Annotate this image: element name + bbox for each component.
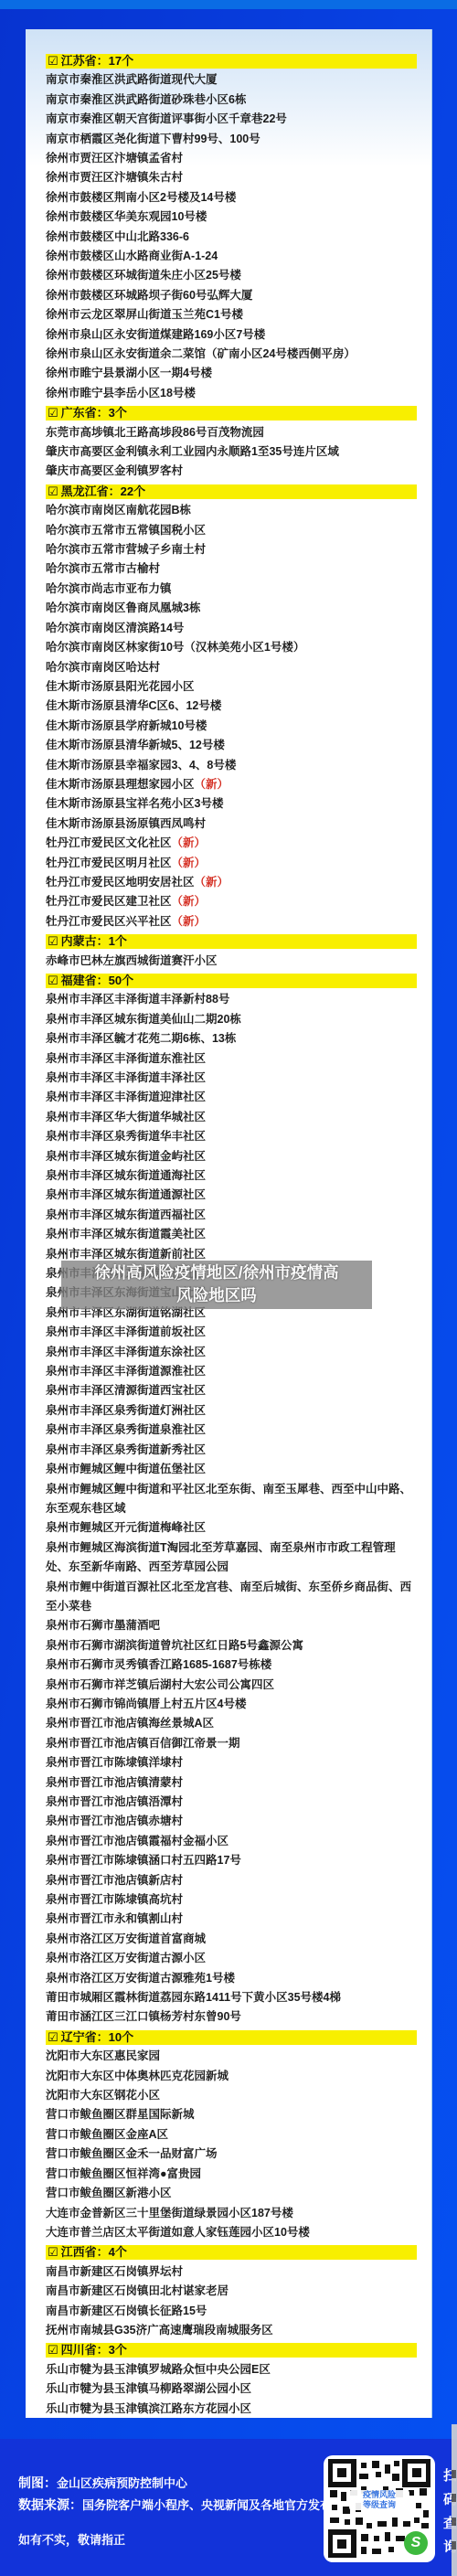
area-row: 泉州市洛江区万安街道古源小区: [46, 1949, 417, 1968]
area-row: 佳木斯市汤原县清华C区6、12号楼: [46, 697, 417, 716]
watermark: 徐州高风险疫情地区/徐州市疫情高 风险地区吗: [61, 1261, 372, 1309]
area-row: 泉州市鲤中街道百源社区北至龙宫巷、南至后城街、东至侨乡商品街、西至小菜巷: [46, 1578, 417, 1617]
area-row: 泉州市丰泽区泉秀街道泉淮社区: [46, 1421, 417, 1440]
checkbox-icon: ☑: [48, 406, 58, 420]
province-header: ☑辽宁省：10个: [46, 2030, 417, 2045]
area-row: 泉州市石狮市祥芝镇后湖村大宏公司公寓四区: [46, 1676, 417, 1695]
area-row: 哈尔滨市南岗区清滨路14号: [46, 619, 417, 638]
area-row: 泉州市丰泽区城东街道西福社区: [46, 1206, 417, 1225]
area-row: 徐州市睢宁县李岳小区18号楼: [46, 384, 417, 403]
area-row: 南京市秦淮区洪武路街道现代大厦: [46, 70, 417, 90]
qr-caption: 疫情风险 等级查询: [349, 2490, 409, 2510]
area-row: 徐州市贾汪区汴塘镇孟省村: [46, 149, 417, 168]
area-row: 徐州市鼓楼区华美东观园10号楼: [46, 208, 417, 227]
area-row: 泉州市石狮市墨蒲酒吧: [46, 1616, 417, 1635]
checkbox-icon: ☑: [48, 974, 58, 988]
area-row: 赤峰市巴林左旗西城街道赛汗小区: [46, 952, 417, 971]
area-row: 泉州市晋江市陈埭镇高坑村: [46, 1890, 417, 1910]
new-tag: （新）: [172, 857, 207, 869]
area-row: 牡丹江市爱民区建卫社区（新）: [46, 892, 417, 911]
area-row: 徐州市鼓楼区荆南小区2号楼及14号楼: [46, 188, 417, 208]
area-row: 佳木斯市汤原县汤原镇西凤鸣村: [46, 814, 417, 834]
province-header: ☑江苏省：17个: [46, 54, 417, 69]
area-row: 泉州市丰泽区丰泽街道前坂社区: [46, 1323, 417, 1342]
right-edge-cropped-strip: [452, 2424, 457, 2576]
risk-list: ☑江苏省：17个南京市秦淮区洪武路街道现代大厦南京市秦淮区洪武路街道砂珠巷小区6…: [46, 54, 417, 2419]
area-row: 佳木斯市汤原县理想家园小区（新）: [46, 775, 417, 794]
area-row: 哈尔滨市五常市古榆村: [46, 559, 417, 579]
new-tag: （新）: [172, 915, 207, 928]
area-row: 泉州市丰泽区城东街道通源社区: [46, 1186, 417, 1205]
area-row: 泉州市丰泽区清源街道西宝社区: [46, 1381, 417, 1400]
area-row: 牡丹江市爱民区地明安居社区（新）: [46, 873, 417, 892]
area-row: 泉州市鲤城区开元街道梅峰社区: [46, 1518, 417, 1538]
area-row: 泉州市丰泽区城东街道金屿社区: [46, 1147, 417, 1166]
area-row: 泉州市石狮市湖滨街道曾坑社区红日路5号鑫源公寓: [46, 1636, 417, 1655]
area-row: 沈阳市大东区钢花小区: [46, 2086, 417, 2105]
checkbox-icon: ☑: [48, 2030, 58, 2045]
area-row: 佳木斯市汤原县阳光花园小区: [46, 677, 417, 697]
footer-source-line: 数据来源：国务院客户端小程序、央视新闻及各地官方发布: [18, 2496, 332, 2514]
area-row: 泉州市晋江市池店镇新店村: [46, 1871, 417, 1890]
area-row: 牡丹江市爱民区明月社区（新）: [46, 854, 417, 873]
area-row: 徐州市睢宁县景湖小区一期4号楼: [46, 364, 417, 383]
area-row: 泉州市晋江市永和镇割山村: [46, 1910, 417, 1929]
area-row: 泉州市晋江市陈埭镇洋埭村: [46, 1753, 417, 1772]
area-row: 营口市鲅鱼圈区金禾一品财富广场: [46, 2145, 417, 2164]
area-row: 乐山市犍为县玉津镇滨江路东方花园小区: [46, 2400, 417, 2419]
area-row: 乐山市犍为县玉津镇马柳路翠湖公园小区: [46, 2379, 417, 2399]
area-row: 大连市金普新区三十里堡街道绿景园小区187号楼: [46, 2204, 417, 2223]
area-row: 哈尔滨市南岗区林家街10号（汉林美苑小区1号楼）: [46, 638, 417, 657]
area-row: 泉州市丰泽区泉秀街道华丰社区: [46, 1127, 417, 1146]
area-row: 泉州市丰泽区丰泽街道源淮社区: [46, 1362, 417, 1381]
area-row: 沈阳市大东区中体奥林匹克花园新城: [46, 2067, 417, 2086]
area-row: 泉州市鲤城区鲤中街道和平社区北至东街、南至玉犀巷、西至中山中路、东至观东巷区域: [46, 1480, 417, 1519]
area-row: 泉州市丰泽区丰泽街道丰泽社区: [46, 1069, 417, 1088]
area-row: 徐州市鼓楼区中山北路336-6: [46, 228, 417, 247]
footer-maker-line: 制图：金山区疾病预防控制中心: [18, 2474, 187, 2492]
checkbox-icon: ☑: [48, 934, 58, 949]
province-header: ☑内蒙古：1个: [46, 934, 417, 949]
qr-card: 疫情风险 等级查询 S: [324, 2455, 435, 2562]
area-row: 泉州市丰泽区丰泽街道东淮社区: [46, 1049, 417, 1069]
area-row: 南昌市新建区石岗镇田北村谌家老居: [46, 2282, 417, 2301]
area-row: 佳木斯市汤原县清华新城5、12号楼: [46, 736, 417, 755]
area-row: 营口市鲅鱼圈区恒祥湾●富贵园: [46, 2165, 417, 2184]
area-row: 泉州市鲤城区鲤中街道伍堡社区: [46, 1460, 417, 1479]
risk-area-list-card: ☑江苏省：17个南京市秦淮区洪武路街道现代大厦南京市秦淮区洪武路街道砂珠巷小区6…: [26, 29, 432, 2418]
area-row: 泉州市晋江市陈埭镇涵口村五四路17号: [46, 1851, 417, 1870]
area-row: 泉州市丰泽区华大街道华城社区: [46, 1108, 417, 1127]
area-row: 泉州市洛江区万安街道古源雅苑1号楼: [46, 1969, 417, 1988]
province-header: ☑黑龙江省：22个: [46, 484, 417, 499]
area-row: 莆田市涵江区三江口镇杨芳村东曾90号: [46, 2007, 417, 2027]
area-row: 泉州市丰泽区丰泽街道丰泽新村88号: [46, 990, 417, 1009]
area-row: 营口市鲅鱼圈区新港小区: [46, 2184, 417, 2203]
area-row: 牡丹江市爱民区兴平社区（新）: [46, 912, 417, 931]
source-label: 数据来源：: [18, 2497, 82, 2512]
top-light-blue-strip: [0, 0, 457, 9]
area-row: 东莞市高埗镇北王路高埗段86号百茂物流园: [46, 423, 417, 442]
area-row: 哈尔滨市尚志市亚布力镇: [46, 580, 417, 599]
new-tag: （新）: [195, 876, 229, 889]
province-header: ☑四川省：3个: [46, 2343, 417, 2358]
area-row: 南京市栖霞区尧化街道下曹村99号、100号: [46, 130, 417, 149]
area-row: 徐州市贾汪区汴塘镇朱古村: [46, 168, 417, 187]
area-row: 哈尔滨市南岗区鲁商凤凰城3栋: [46, 599, 417, 618]
province-header: ☑江西省：4个: [46, 2245, 417, 2260]
area-row: 肇庆市高要区金利镇永利工业园内永顺路1至35号连片区域: [46, 442, 417, 462]
qr-caption-line2: 等级查询: [349, 2500, 409, 2510]
area-row: 泉州市丰泽区城东街道美仙山二期20栋: [46, 1010, 417, 1029]
area-row: 泉州市晋江市池店镇海丝景城A区: [46, 1714, 417, 1733]
area-row: 泉州市晋江市池店镇百信御江帝景一期: [46, 1734, 417, 1753]
area-row: 泉州市丰泽区丰泽街道东涂社区: [46, 1343, 417, 1362]
new-tag: （新）: [172, 836, 207, 849]
area-row: 泉州市丰泽区丰泽街道迎津社区: [46, 1088, 417, 1107]
area-row: 泉州市晋江市池店镇赤塘村: [46, 1812, 417, 1831]
area-row: 牡丹江市爱民区文化社区（新）: [46, 834, 417, 853]
area-row: 莆田市城厢区霞林街道荔园东路1411号下黄小区35号楼4梯: [46, 1988, 417, 2007]
area-row: 肇庆市高要区金利镇罗客村: [46, 462, 417, 481]
area-row: 泉州市鲤城区海滨街道T淘园北至芳草嘉园、南至泉州市市政工程管理处、东至新华南路、…: [46, 1538, 417, 1578]
checkbox-icon: ☑: [48, 484, 58, 499]
footer-note: 如有不实，敬请指正: [18, 2530, 125, 2548]
area-row: 哈尔滨市五常市五常镇国税小区: [46, 521, 417, 540]
checkbox-icon: ☑: [48, 54, 58, 69]
area-row: 徐州市泉山区永安街道煤建路169小区7号楼: [46, 325, 417, 345]
area-row: 哈尔滨市五常市营城子乡南土村: [46, 540, 417, 559]
area-row: 南昌市新建区石岗镇长征路15号: [46, 2302, 417, 2321]
area-row: 抚州市南城县G35济广高速鹰瑞段南城服务区: [46, 2321, 417, 2340]
area-row: 南京市秦淮区洪武路街道砂珠巷小区6栋: [46, 90, 417, 110]
footer: 制图：金山区疾病预防控制中心 数据来源：国务院客户端小程序、央视新闻及各地官方发…: [0, 2439, 457, 2576]
province-header: ☑福建省：50个: [46, 974, 417, 988]
area-row: 泉州市晋江市池店镇霞福村金福小区: [46, 1832, 417, 1851]
area-row: 沈阳市大东区惠民家园: [46, 2047, 417, 2066]
area-row: 泉州市洛江区万安街道首富商城: [46, 1930, 417, 1949]
area-row: 南京市秦淮区朝天宫街道评事街小区千章巷22号: [46, 110, 417, 129]
area-row: 徐州市云龙区翠屏山街道玉兰苑C1号楼: [46, 305, 417, 325]
area-row: 泉州市丰泽区毓才花苑二期6栋、13栋: [46, 1029, 417, 1048]
area-row: 营口市鲅鱼圈区群星国际新城: [46, 2105, 417, 2124]
area-row: 泉州市晋江市池店镇浯潭村: [46, 1793, 417, 1812]
wechat-badge-icon: S: [404, 2531, 428, 2555]
new-tag: （新）: [172, 895, 207, 908]
area-row: 哈尔滨市南岗区南航花园B栋: [46, 501, 417, 520]
area-row: 泉州市丰泽区城东街道通海社区: [46, 1166, 417, 1186]
checkbox-icon: ☑: [48, 2245, 58, 2260]
area-row: 徐州市鼓楼区山水路商业街A-1-24: [46, 247, 417, 266]
area-row: 佳木斯市汤原县学府新城10号楼: [46, 717, 417, 736]
area-row: 泉州市丰泽区泉秀街道新秀社区: [46, 1441, 417, 1460]
screenshot-root: { "ui": { "checkbox_glyph": "☑", "new_su…: [0, 0, 457, 2576]
area-row: 南昌市新建区石岗镇界坛村: [46, 2262, 417, 2282]
maker-value: 金山区疾病预防控制中心: [57, 2476, 187, 2490]
watermark-line2: 风险地区吗: [61, 1284, 372, 1307]
area-row: 佳木斯市汤原县幸福家园3、4、8号楼: [46, 756, 417, 775]
area-row: 乐山市犍为县玉津镇罗城路众恒中央公园E区: [46, 2360, 417, 2379]
area-row: 泉州市晋江市池店镇清蒙村: [46, 1773, 417, 1793]
checkbox-icon: ☑: [48, 2343, 58, 2358]
province-header: ☑广东省：3个: [46, 406, 417, 420]
new-tag: （新）: [195, 778, 229, 791]
source-value: 国务院客户端小程序、央视新闻及各地官方发布: [82, 2498, 332, 2512]
area-row: 泉州市石狮市灵秀镇香江路1685-1687号栋楼: [46, 1655, 417, 1675]
area-row: 佳木斯市汤原县宝祥名苑小区3号楼: [46, 794, 417, 814]
watermark-line1: 徐州高风险疫情地区/徐州市疫情高: [61, 1261, 372, 1284]
area-row: 营口市鲅鱼圈区金座A区: [46, 2125, 417, 2145]
area-row: 徐州市鼓楼区环城路坝子街60号弘辉大厦: [46, 286, 417, 305]
area-row: 哈尔滨市南岗区哈达村: [46, 658, 417, 677]
area-row: 泉州市丰泽区泉秀街道灯洲社区: [46, 1401, 417, 1421]
area-row: 泉州市石狮市锦尚镇厝上村五片区4号楼: [46, 1695, 417, 1714]
area-row: 徐州市鼓楼区环城街道朱庄小区25号楼: [46, 266, 417, 285]
area-row: 徐州市泉山区永安街道余二菜馆（矿南小区24号楼西侧平房）: [46, 345, 417, 364]
qr-caption-line1: 疫情风险: [349, 2490, 409, 2500]
maker-label: 制图：: [18, 2475, 57, 2490]
area-row: 大连市普兰店区太平街道如意人家钰莲园小区10号楼: [46, 2223, 417, 2242]
area-row: 泉州市丰泽区城东街道霞美社区: [46, 1225, 417, 1244]
